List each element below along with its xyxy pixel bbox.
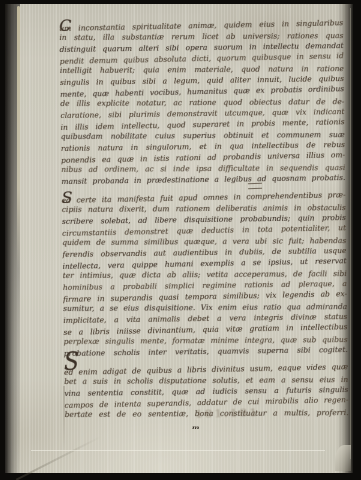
handwritten-text-line: nibus ad ordinem, ac si inde ipsa diffic… — [61, 162, 345, 175]
page-edge-highlight — [17, 6, 20, 269]
handwritten-text-line: perplexæ singulis mente, formatæ minime … — [64, 334, 348, 347]
handwritten-text-line: quibusdam nobilitate cuius superius obti… — [61, 129, 345, 142]
handwritten-text-line: in statu, illa substantiæ rerum licet ab… — [59, 30, 343, 43]
manuscript-text: Cum inconstantia spiritualitate animæ, q… — [59, 18, 349, 428]
catchword-mark: m — [192, 425, 198, 430]
manuscript-page: Cum inconstantia spiritualitate animæ, q… — [5, 4, 353, 473]
handwritten-text-line: ter intimius, quæ dicta ab aliis; vetita… — [63, 268, 347, 281]
handwritten-text-line: sumitur, a se eius disquisitione. Vix en… — [63, 301, 347, 314]
manuscript-paragraph: Cum inconstantia spiritualitate animæ, q… — [59, 18, 345, 187]
handwritten-text-line: quidem de summa similibus quæque, a vera… — [62, 235, 346, 248]
handwritten-text-line: bet a suis in scholis disputatione solut… — [64, 374, 348, 387]
scanned-manuscript-photo: Cum inconstantia spiritualitate animæ, q… — [0, 0, 361, 480]
manuscript-paragraph: Sed certe ita manifesta fuit apud omnes … — [62, 190, 348, 359]
handwritten-text-line: cipiis natura dixerit, dum rationem deli… — [62, 202, 346, 215]
handwritten-text-line: intelligit habuerit; quia enim materiale… — [60, 63, 344, 76]
corner-curl — [335, 445, 351, 471]
crease-fold — [31, 450, 325, 451]
emphasis-strokes — [248, 183, 262, 189]
verso-show-through: 181.181 — [195, 407, 259, 421]
crease-fold — [16, 435, 102, 480]
handwritten-text-line: de illis explicite notatur, ac ratione q… — [60, 96, 344, 109]
